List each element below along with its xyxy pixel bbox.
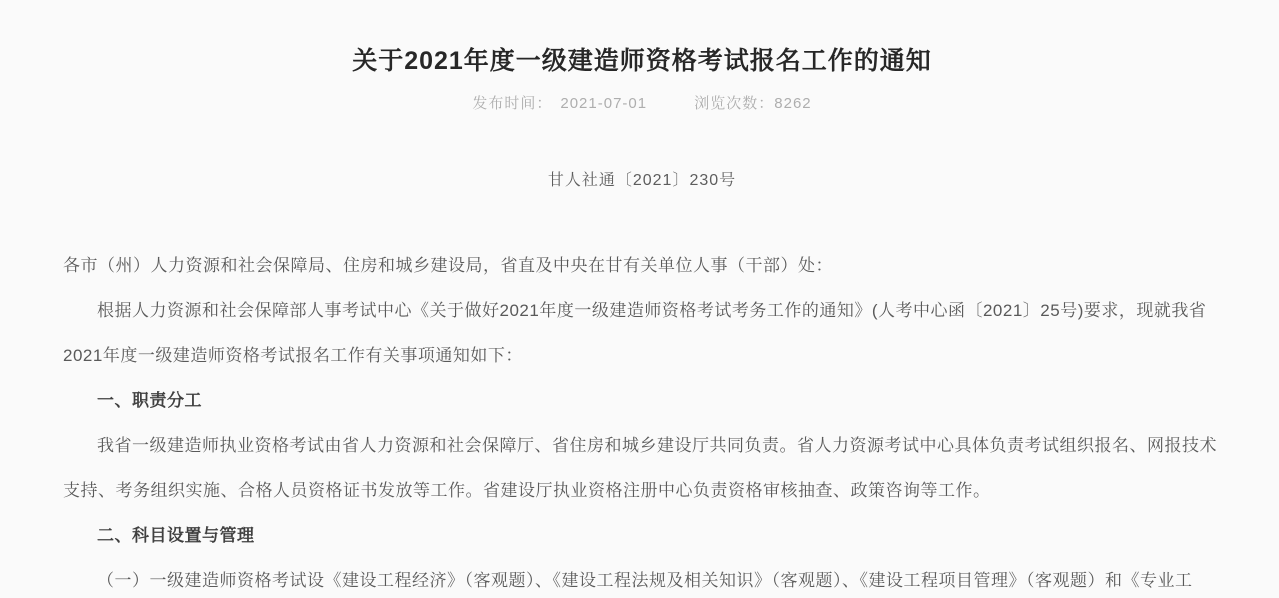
publish-time: 发布时间：2021-07-01 [472, 95, 652, 112]
publish-time-value: 2021-07-01 [560, 95, 647, 112]
section-heading-duties: 一、职责分工 [63, 378, 1221, 423]
view-count: 浏览次数：8262 [694, 95, 811, 112]
notice-document: 关于2021年度一级建造师资格考试报名工作的通知 发布时间：2021-07-01… [0, 0, 1279, 598]
intro-paragraph: 根据人力资源和社会保障部人事考试中心《关于做好2021年度一级建造师资格考试考务… [63, 288, 1221, 378]
subjects-paragraph: （一）一级建造师资格考试设《建设工程经济》（客观题）、《建设工程法规及相关知识》… [63, 558, 1221, 598]
section-heading-subjects: 二、科目设置与管理 [63, 513, 1221, 558]
view-count-value: 8262 [774, 95, 811, 112]
document-number: 甘人社通〔2021〕230号 [63, 167, 1221, 190]
publish-time-label: 发布时间： [472, 95, 552, 112]
meta-row: 发布时间：2021-07-01 浏览次数：8262 [63, 92, 1221, 113]
notice-body: 各市（州）人力资源和社会保障局、住房和城乡建设局，省直及中央在甘有关单位人事（干… [63, 243, 1221, 598]
view-count-label: 浏览次数： [694, 95, 774, 112]
duties-paragraph: 我省一级建造师执业资格考试由省人力资源和社会保障厅、省住房和城乡建设厅共同负责。… [63, 423, 1221, 513]
page-title: 关于2021年度一级建造师资格考试报名工作的通知 [63, 44, 1221, 78]
salutation-line: 各市（州）人力资源和社会保障局、住房和城乡建设局，省直及中央在甘有关单位人事（干… [63, 243, 1221, 288]
